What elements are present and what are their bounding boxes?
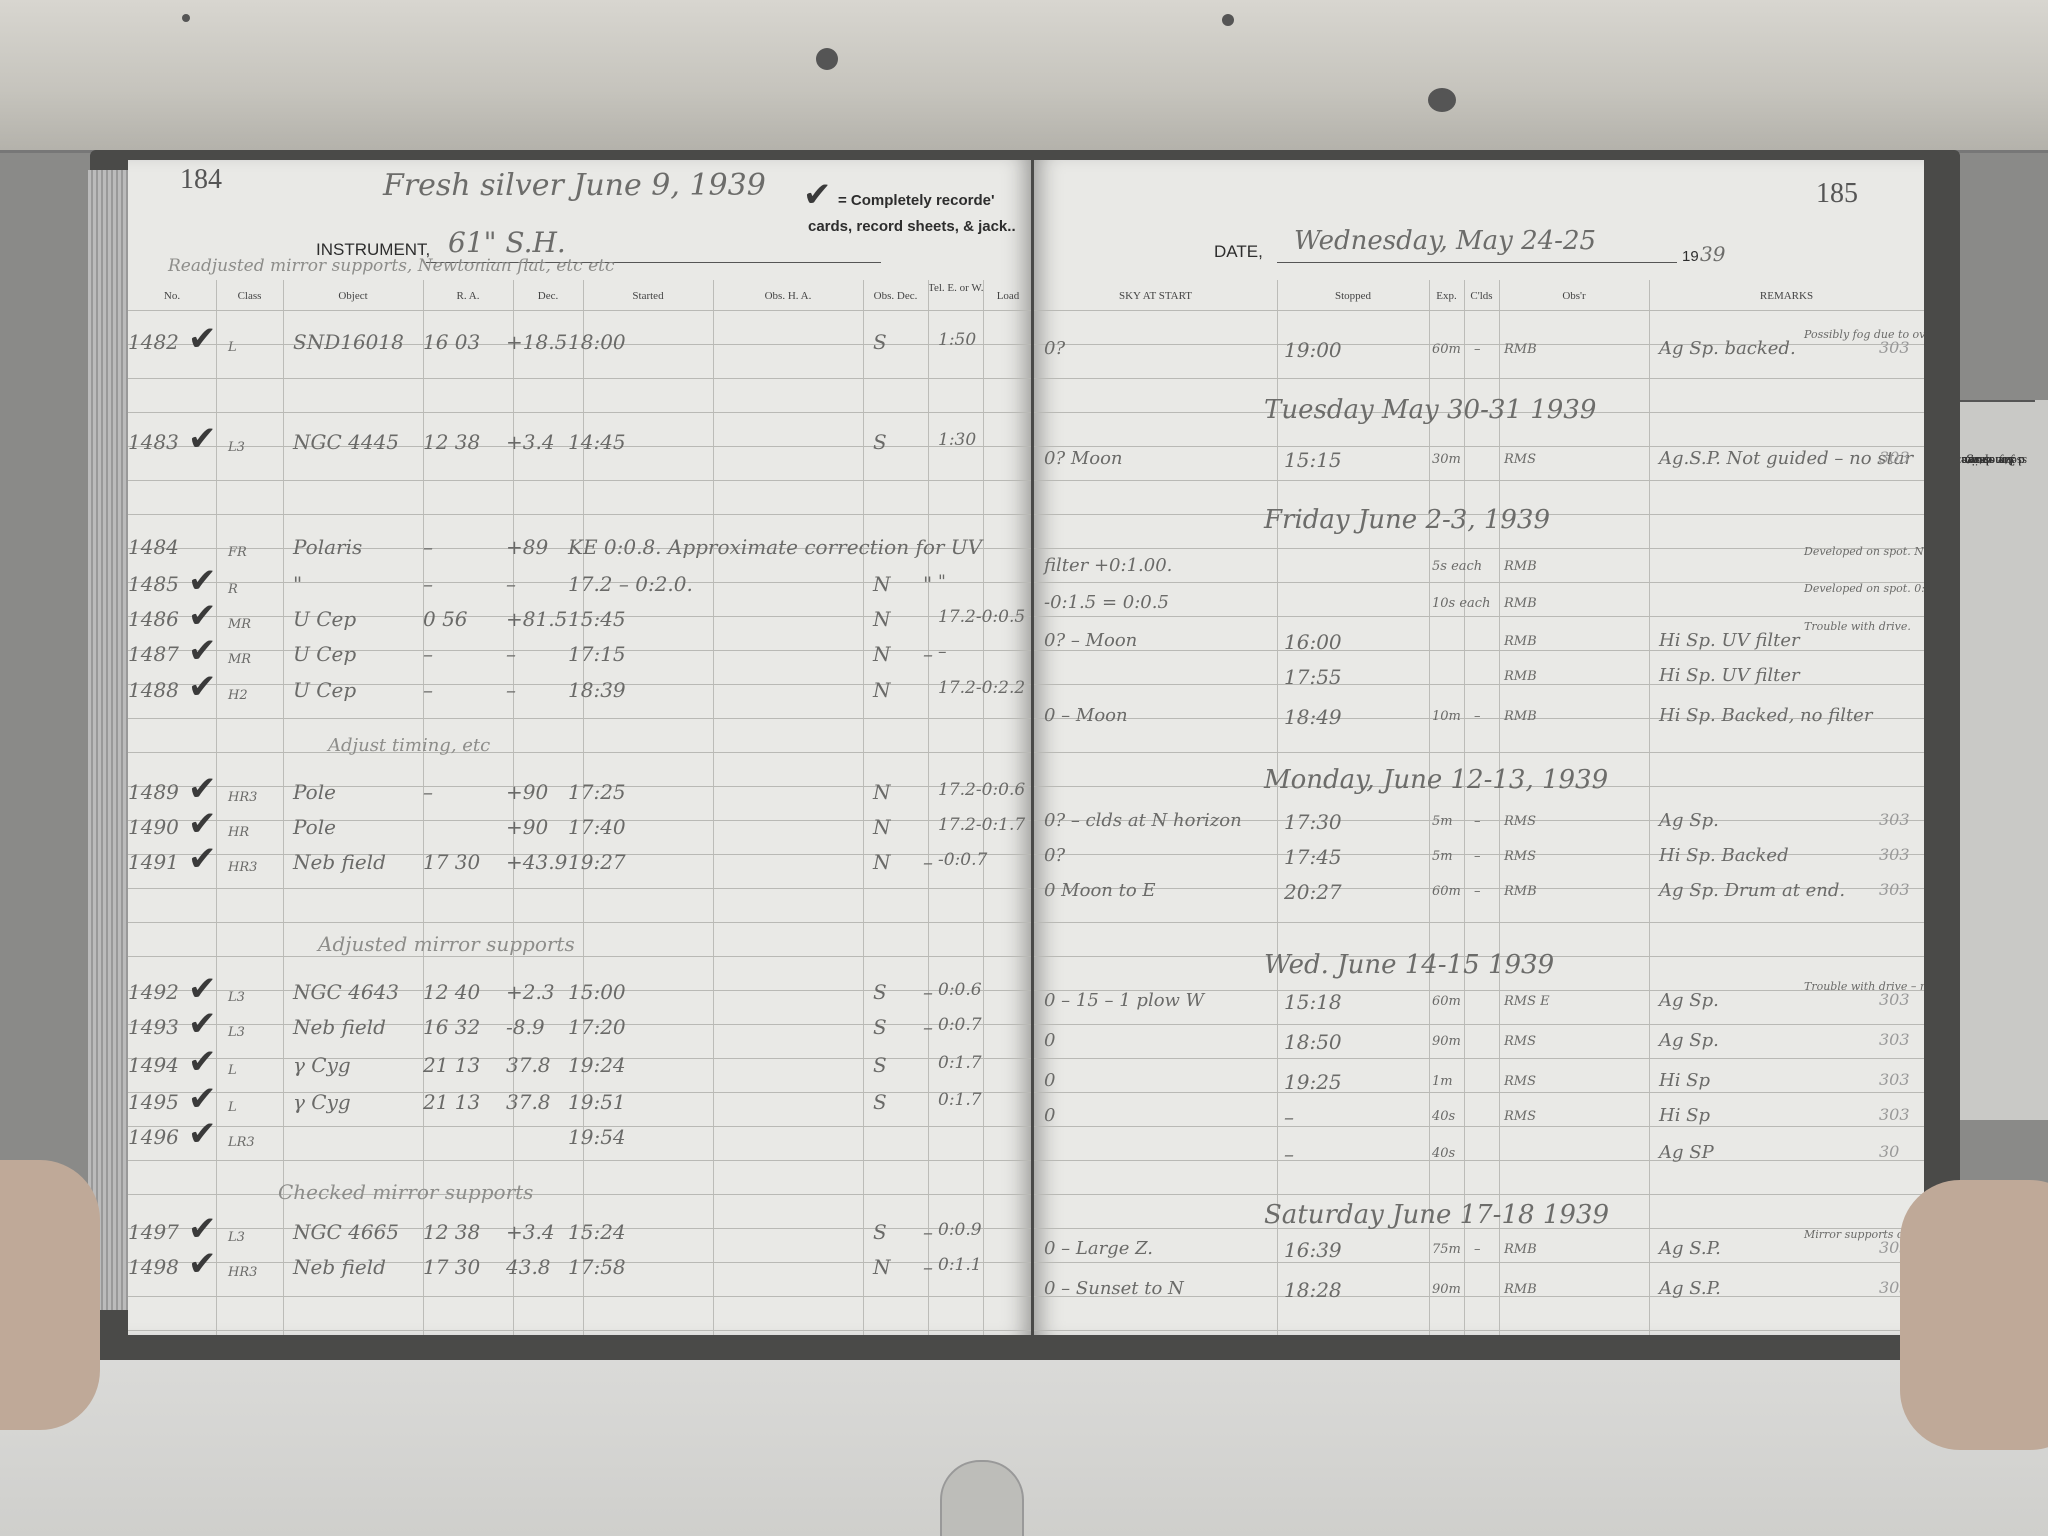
entry-number: 1487 [128, 642, 179, 666]
entry-class: HR3 [228, 1265, 257, 1280]
entry-started: 17.2 – 0:2.0. [568, 572, 693, 596]
entry-sky: 0? – Moon [1044, 630, 1137, 651]
entry-focus: " [938, 572, 946, 592]
date-heading: Monday, June 12-13, 1939 [1264, 765, 1608, 795]
entry-number: 1483 [128, 430, 179, 454]
entry-ra: – [423, 678, 433, 702]
table-row: 018:5090mRMSAg Sp.303 [1034, 1030, 1924, 1060]
entry-number: 1486 [128, 607, 179, 631]
entry-focus: 0:0.7 [938, 1015, 982, 1035]
entry-stopped: 19:00 [1284, 338, 1342, 362]
checkmark-icon: ✔ [188, 1117, 217, 1151]
entry-stopped: 20:27 [1284, 880, 1342, 904]
entry-started: 15:00 [568, 980, 626, 1004]
table-row: 1498✔HR3Neb field17 3043.817:58N–0:1.1 [128, 1255, 1031, 1285]
entry-started: 19:24 [568, 1053, 626, 1077]
entry-sky: 0 – Moon [1044, 705, 1128, 726]
table-row: filter +0:1.00.5s eachRMBDeveloped on sp… [1034, 555, 1924, 585]
entry-dec: – [506, 642, 516, 666]
entry-load: – [923, 642, 933, 666]
entry-class: R [228, 582, 238, 597]
table-row: 1493✔L3Neb field16 32-8.917:20S–0:0.7 [128, 1015, 1031, 1045]
instrument-note: Readjusted mirror supports, Newtonian fl… [168, 256, 615, 276]
entry-focus: – [938, 642, 947, 662]
entry-dec: +2.3 [506, 980, 555, 1004]
wood-knot [816, 48, 838, 70]
checkmark-icon: ✔ [188, 1045, 217, 1079]
entry-ra: 21 13 [423, 1090, 480, 1114]
entry-ra: 17 30 [423, 850, 480, 874]
entry-remarks: Ag Sp. [1659, 1030, 1719, 1051]
entry-started: 15:24 [568, 1220, 626, 1244]
entry-dec: +90 [506, 815, 548, 839]
entry-tel: N [873, 780, 891, 804]
entry-stopped: 15:15 [1284, 448, 1342, 472]
entry-sky: -0:1.5 = 0:0.5 [1044, 592, 1169, 613]
top-note: Fresh silver June 9, 1939 [383, 168, 766, 203]
table-row: 0?19:0060m–RMBAg Sp. backed.Possibly fog… [1034, 338, 1924, 368]
entry-exposure: 40s [1432, 1109, 1455, 1124]
table-row: 1486✔MRU Cep0 56+81.515:45N17.2-0:0.5 [128, 607, 1031, 637]
entry-focus: 1:50 [938, 330, 976, 350]
sheet-fragment: lay shows: [1958, 400, 2021, 520]
table-row: 1490✔HRPole+9017:40N17.2-0:1.7 [128, 815, 1031, 845]
entry-code: 303 [1879, 1070, 1910, 1089]
checkmark-icon: ✔ [188, 1212, 217, 1246]
entry-observer: RMB [1504, 884, 1537, 899]
entry-stopped: 18:50 [1284, 1030, 1342, 1054]
column-header: Dec. [513, 290, 583, 302]
table-row: 0 – Moon18:4910m–RMBHi Sp. Backed, no fi… [1034, 705, 1924, 735]
table-row: 1492✔L3NGC 464312 40+2.315:00S–0:0.6 [128, 980, 1031, 1010]
entry-exposure: 90m [1432, 1282, 1461, 1297]
entry-code: 303 [1879, 1105, 1910, 1124]
entry-sky: 0? – clds at N horizon [1044, 810, 1242, 831]
column-rule [1464, 280, 1465, 1335]
row-rule [1034, 1024, 1924, 1025]
entry-tel: S [873, 430, 887, 454]
entry-class: FR [228, 545, 247, 560]
entry-dec: +3.4 [506, 430, 555, 454]
checkmark-icon: ✔ [188, 670, 217, 704]
entry-load: – [923, 1220, 933, 1244]
row-rule [128, 412, 1031, 413]
entry-exposure: 60m [1432, 884, 1461, 899]
table-row: 0 – Sunset to N18:2890mRMBAg S.P.303 [1034, 1278, 1924, 1308]
row-rule [128, 752, 1031, 753]
entry-ra: 12 38 [423, 1220, 480, 1244]
entry-object: NGC 4643 [293, 980, 399, 1004]
entry-code: 303 [1879, 810, 1910, 829]
entry-load: – [923, 850, 933, 874]
entry-started: 17:15 [568, 642, 626, 666]
checkmark-icon: ✔ [188, 1082, 217, 1116]
entry-observer: RMS E [1504, 994, 1550, 1009]
table-row: 1496✔LR319:54 [128, 1125, 1031, 1155]
entry-observer: RMB [1504, 596, 1537, 611]
entry-focus: 1:30 [938, 430, 976, 450]
row-rule [128, 1330, 1031, 1331]
entry-remarks: Hi Sp. UV filter [1659, 630, 1800, 651]
entry-started: 17:20 [568, 1015, 626, 1039]
entry-clouds: – [1474, 1242, 1481, 1257]
entry-dec: 43.8 [506, 1255, 551, 1279]
entry-class: L3 [228, 990, 245, 1005]
table-row: 1485✔R"––17.2 – 0:2.0.N"" [128, 572, 1031, 602]
entry-stopped: 16:00 [1284, 630, 1342, 654]
entry-observer: RMS [1504, 814, 1536, 829]
entry-number: 1482 [128, 330, 179, 354]
entry-remarks: Ag Sp. [1659, 990, 1719, 1011]
page-number: 185 [1816, 178, 1858, 210]
left-page: 184 Fresh silver June 9, 1939 ✔ = Comple… [128, 160, 1031, 1335]
entry-ra: – [423, 780, 433, 804]
row-rule [1034, 548, 1924, 549]
entry-code: 303 [1879, 338, 1910, 357]
table-row: 0? Moon15:1530mRMSAg.S.P. Not guided – n… [1034, 448, 1924, 478]
entry-sky: 0 – Sunset to N [1044, 1278, 1184, 1299]
entry-dec: +81.5 [506, 607, 567, 631]
entry-sky: 0 [1044, 1030, 1055, 1051]
entry-remarks: Hi Sp. Backed [1659, 845, 1789, 866]
entry-focus: -0:0.7 [938, 850, 987, 870]
table-row: -0:1.5 = 0:0.510s eachRMBDeveloped on sp… [1034, 592, 1924, 622]
checkmark-icon: ✔ [188, 842, 217, 876]
entry-stopped: 15:18 [1284, 990, 1342, 1014]
entry-dec: -8.9 [506, 1015, 545, 1039]
date-underline [1277, 262, 1677, 263]
column-header: Class [216, 290, 283, 302]
entry-object: SND16018 [293, 330, 404, 354]
entry-code: 303 [1879, 1030, 1910, 1049]
entry-exposure: 5m [1432, 814, 1453, 829]
entry-focus: 0:0.9 [938, 1220, 982, 1240]
entry-code: 303 [1879, 448, 1910, 467]
entry-observer: RMB [1504, 709, 1537, 724]
column-header: Started [583, 290, 713, 302]
entry-tel: S [873, 1053, 887, 1077]
entry-object: Neb field [293, 850, 386, 874]
entry-clouds: – [1474, 342, 1481, 357]
table-row: 1489✔HR3Pole–+9017:25N17.2-0:0.6 [128, 780, 1031, 810]
entry-number: 1493 [128, 1015, 179, 1039]
column-header: Exp. [1429, 290, 1464, 302]
entry-tel: S [873, 1090, 887, 1114]
checkmark-icon: ✔ [188, 772, 217, 806]
entry-stopped: 17:30 [1284, 810, 1342, 834]
entry-exposure: 5s each [1432, 559, 1482, 574]
column-header: C'lds [1464, 290, 1499, 302]
entry-sky: 0 [1044, 1105, 1055, 1126]
column-rule [1429, 280, 1430, 1335]
entry-load: " [923, 572, 932, 596]
right-page: 185 DATE, Wednesday, May 24-25 19 39 SKY… [1034, 160, 1924, 1335]
row-rule [128, 378, 1031, 379]
entry-exposure: 75m [1432, 1242, 1461, 1257]
entry-number: 1492 [128, 980, 179, 1004]
entry-class: L [228, 1063, 237, 1078]
entry-code: 303 [1879, 990, 1910, 1009]
checkmark-icon: ✔ [188, 972, 217, 1006]
entry-tel: S [873, 980, 887, 1004]
table-row: 019:251mRMSHi Sp303 [1034, 1070, 1924, 1100]
section-note: Checked mirror supports [278, 1180, 533, 1204]
entry-observer: RMS [1504, 1074, 1536, 1089]
entry-number: 1485 [128, 572, 179, 596]
table-row: 0–40sRMSHi Sp303 [1034, 1105, 1924, 1135]
entry-focus: 17.2-0:0.5 [938, 607, 1025, 627]
column-rule [1499, 280, 1500, 1335]
entry-object: Polaris [293, 535, 362, 559]
entry-number: 1495 [128, 1090, 179, 1114]
wood-knot [1428, 88, 1456, 112]
entry-clouds: – [1474, 814, 1481, 829]
entry-started: 19:51 [568, 1090, 626, 1114]
entry-tel: S [873, 1220, 887, 1244]
entry-object: NGC 4445 [293, 430, 399, 454]
entry-remarks: Ag Sp. Drum at end. [1659, 880, 1845, 901]
entry-started: 19:54 [568, 1125, 626, 1149]
entry-code: 303 [1879, 880, 1910, 899]
entry-class: HR3 [228, 860, 257, 875]
entry-load: – [923, 980, 933, 1004]
row-rule [1034, 752, 1924, 753]
wood-knot [1222, 14, 1234, 26]
row-rule [128, 514, 1031, 515]
entry-started: 19:27 [568, 850, 626, 874]
column-header: Object [283, 290, 423, 302]
table-row: 1491✔HR3Neb field17 30+43.919:27N–-0:0.7 [128, 850, 1031, 880]
entry-dec: +3.4 [506, 1220, 555, 1244]
entry-number: 1497 [128, 1220, 179, 1244]
table-row: 0 Moon to E20:2760m–RMBAg Sp. Drum at en… [1034, 880, 1924, 910]
entry-focus: 17.2-0:2.2 [938, 678, 1025, 698]
entry-sky: filter +0:1.00. [1044, 555, 1172, 576]
wall [0, 1330, 2048, 1536]
table-row: 0?17:455m–RMSHi Sp. Backed303 [1034, 845, 1924, 875]
entry-number: 1490 [128, 815, 179, 839]
wall-bracket [940, 1460, 1024, 1536]
entry-object: γ Cyg [293, 1090, 351, 1114]
row-rule [1034, 310, 1924, 311]
entry-tel: N [873, 1255, 891, 1279]
entry-object: γ Cyg [293, 1053, 351, 1077]
entry-class: MR [228, 617, 251, 632]
page-edges [88, 170, 128, 1310]
entry-object: NGC 4665 [293, 1220, 399, 1244]
page-number: 184 [180, 164, 222, 196]
entry-remarks: Ag Sp. [1659, 810, 1719, 831]
checkmark-icon: ✔ [188, 634, 217, 668]
row-rule [1034, 1330, 1924, 1331]
entry-started: 17:40 [568, 815, 626, 839]
entry-exposure: 1m [1432, 1074, 1453, 1089]
table-row: 1488✔H2U Cep––18:39N17.2-0:2.2 [128, 678, 1031, 708]
table-row: –40sAg SP30 [1034, 1142, 1924, 1172]
entry-ra: 16 03 [423, 330, 480, 354]
entry-stopped: 17:55 [1284, 665, 1342, 689]
entry-focus: 0:1.7 [938, 1053, 982, 1073]
entry-exposure: 30m [1432, 452, 1461, 467]
checkmark-icon: ✔ [188, 1247, 217, 1281]
entry-object: Pole [293, 815, 336, 839]
entry-load: – [923, 1255, 933, 1279]
entry-object: Neb field [293, 1255, 386, 1279]
section-note: Adjust timing, etc [328, 735, 490, 756]
column-header: Obs'r [1499, 290, 1649, 302]
entry-exposure: 10m [1432, 709, 1461, 724]
entry-code: 30 [1879, 1142, 1899, 1161]
entry-stopped: 18:28 [1284, 1278, 1342, 1302]
entry-exposure: 40s [1432, 1146, 1455, 1161]
column-header: Tel. E. or W. [928, 282, 983, 294]
entry-stopped: 16:39 [1284, 1238, 1342, 1262]
table-row: 1494✔Lγ Cyg21 1337.819:24S0:1.7 [128, 1053, 1031, 1083]
entry-ra: 12 40 [423, 980, 480, 1004]
entry-class: L3 [228, 1230, 245, 1245]
row-rule [1034, 1194, 1924, 1195]
row-rule [128, 1194, 1031, 1195]
checkmark-legend-icon: ✔ [803, 178, 832, 212]
entry-observer: RMB [1504, 1282, 1537, 1297]
column-header: Load [983, 290, 1031, 302]
row-rule [128, 1160, 1031, 1161]
entry-class: H2 [228, 688, 248, 703]
entry-observer: RMS [1504, 849, 1536, 864]
entry-observer: RMB [1504, 559, 1537, 574]
row-rule [128, 718, 1031, 719]
row-rule [128, 888, 1031, 889]
entry-class: HR [228, 825, 249, 840]
date-value: Wednesday, May 24-25 [1294, 226, 1596, 256]
entry-object: " [293, 572, 302, 596]
entry-class: MR [228, 652, 251, 667]
entry-stopped: 18:49 [1284, 705, 1342, 729]
entry-stopped: – [1284, 1105, 1294, 1129]
section-note: Adjusted mirror supports [318, 932, 575, 956]
entry-remarks: Hi Sp [1659, 1070, 1710, 1091]
entry-dec: +43.9 [506, 850, 567, 874]
column-header: REMARKS [1649, 290, 1924, 302]
entry-object: U Cep [293, 642, 356, 666]
checkmark-icon: ✔ [188, 599, 217, 633]
entry-sky: 0 Moon to E [1044, 880, 1156, 901]
entry-number: 1489 [128, 780, 179, 804]
entry-observer: RMS [1504, 452, 1536, 467]
legend-line-2: cards, record sheets, & jack.. [808, 218, 1016, 235]
wooden-shelf [0, 0, 2048, 153]
entry-observer: RMS [1504, 1034, 1536, 1049]
left-hand [0, 1160, 100, 1430]
entry-remarks: Ag S.P. [1659, 1278, 1721, 1299]
entry-started: 15:45 [568, 607, 626, 631]
entry-ra: – [423, 572, 433, 596]
entry-class: L [228, 340, 237, 355]
year-printed: 19 [1682, 248, 1699, 265]
entry-stopped: – [1284, 1142, 1294, 1166]
table-row: 1482✔LSND1601816 03+18.518:00S1:50 [128, 330, 1031, 360]
entry-focus: 0:1.7 [938, 1090, 982, 1110]
entry-ra: 17 30 [423, 1255, 480, 1279]
entry-started: 18:39 [568, 678, 626, 702]
right-hand [1900, 1180, 2048, 1450]
entry-remarks: Ag S.P. [1659, 1238, 1721, 1259]
entry-number: 1491 [128, 850, 179, 874]
entry-stopped: 19:25 [1284, 1070, 1342, 1094]
entry-sky: 0? Moon [1044, 448, 1123, 469]
entry-remarks: Ag.S.P. Not guided – no star [1659, 448, 1913, 469]
entry-started: 14:45 [568, 430, 626, 454]
row-rule [128, 480, 1031, 481]
entry-started: 17:58 [568, 1255, 626, 1279]
table-row: 0 – Large Z.16:3975m–RMBAg S.P.Mirror su… [1034, 1238, 1924, 1268]
entry-observer: RMB [1504, 1242, 1537, 1257]
column-rule [1277, 280, 1278, 1335]
entry-focus: 17.2-0:1.7 [938, 815, 1025, 835]
checkmark-icon: ✔ [188, 322, 217, 356]
entry-dec: – [506, 572, 516, 596]
entry-object: U Cep [293, 678, 356, 702]
entry-class: L3 [228, 1025, 245, 1040]
entry-exposure: 10s each [1432, 596, 1490, 611]
entry-tel: N [873, 850, 891, 874]
table-row: 17:55RMBHi Sp. UV filter [1034, 665, 1924, 695]
table-row: 1484FRPolaris–+89KE 0:0.8. Approximate c… [128, 535, 1031, 565]
entry-dec: – [506, 678, 516, 702]
entry-sky: 0? [1044, 338, 1065, 359]
entry-dec: +18.5 [506, 330, 567, 354]
table-row: 1483✔L3NGC 444512 38+3.414:45S1:30 [128, 430, 1031, 460]
column-header: Obs. Dec. [863, 290, 928, 302]
row-rule [128, 1296, 1031, 1297]
entry-number: 1496 [128, 1125, 179, 1149]
entry-ra: 21 13 [423, 1053, 480, 1077]
entry-observer: RMB [1504, 342, 1537, 357]
entry-class: LR3 [228, 1135, 255, 1150]
entry-dec: +89 [506, 535, 548, 559]
entry-exposure: 60m [1432, 994, 1461, 1009]
entry-remarks: Ag SP [1659, 1142, 1714, 1163]
entry-dec: 37.8 [506, 1090, 551, 1114]
column-header: Obs. H. A. [713, 290, 863, 302]
column-header: No. [128, 290, 216, 302]
entry-number: 1488 [128, 678, 179, 702]
column-rule [1649, 280, 1650, 1335]
entry-sky: 0 – 15 – 1 plow W [1044, 990, 1204, 1011]
entry-stopped: 17:45 [1284, 845, 1342, 869]
entry-clouds: – [1474, 884, 1481, 899]
entry-ra: – [423, 535, 433, 559]
side-instruction-sheet: you desire. d 3 message. sire. d 2 messa… [1955, 400, 2048, 1120]
entry-remarks: Ag Sp. backed. [1659, 338, 1796, 359]
entry-class: HR3 [228, 790, 257, 805]
legend-line-1: = Completely recorde' [838, 192, 995, 209]
entry-focus: 0:0.6 [938, 980, 982, 1000]
entry-number: 1484 [128, 535, 179, 559]
entry-tel: N [873, 572, 891, 596]
row-rule [128, 956, 1031, 957]
entry-note: Developed on spot. N.G. – poor developer… [1804, 545, 1924, 558]
entry-remarks: Hi Sp. Backed, no filter [1659, 705, 1872, 726]
entry-tel: N [873, 607, 891, 631]
wood-knot [182, 14, 190, 22]
entry-tel: N [873, 678, 891, 702]
entry-ra: 16 32 [423, 1015, 480, 1039]
entry-object: Pole [293, 780, 336, 804]
entry-clouds: – [1474, 709, 1481, 724]
table-row: 1495✔Lγ Cyg21 1337.819:51S0:1.7 [128, 1090, 1031, 1120]
entry-exposure: 60m [1432, 342, 1461, 357]
